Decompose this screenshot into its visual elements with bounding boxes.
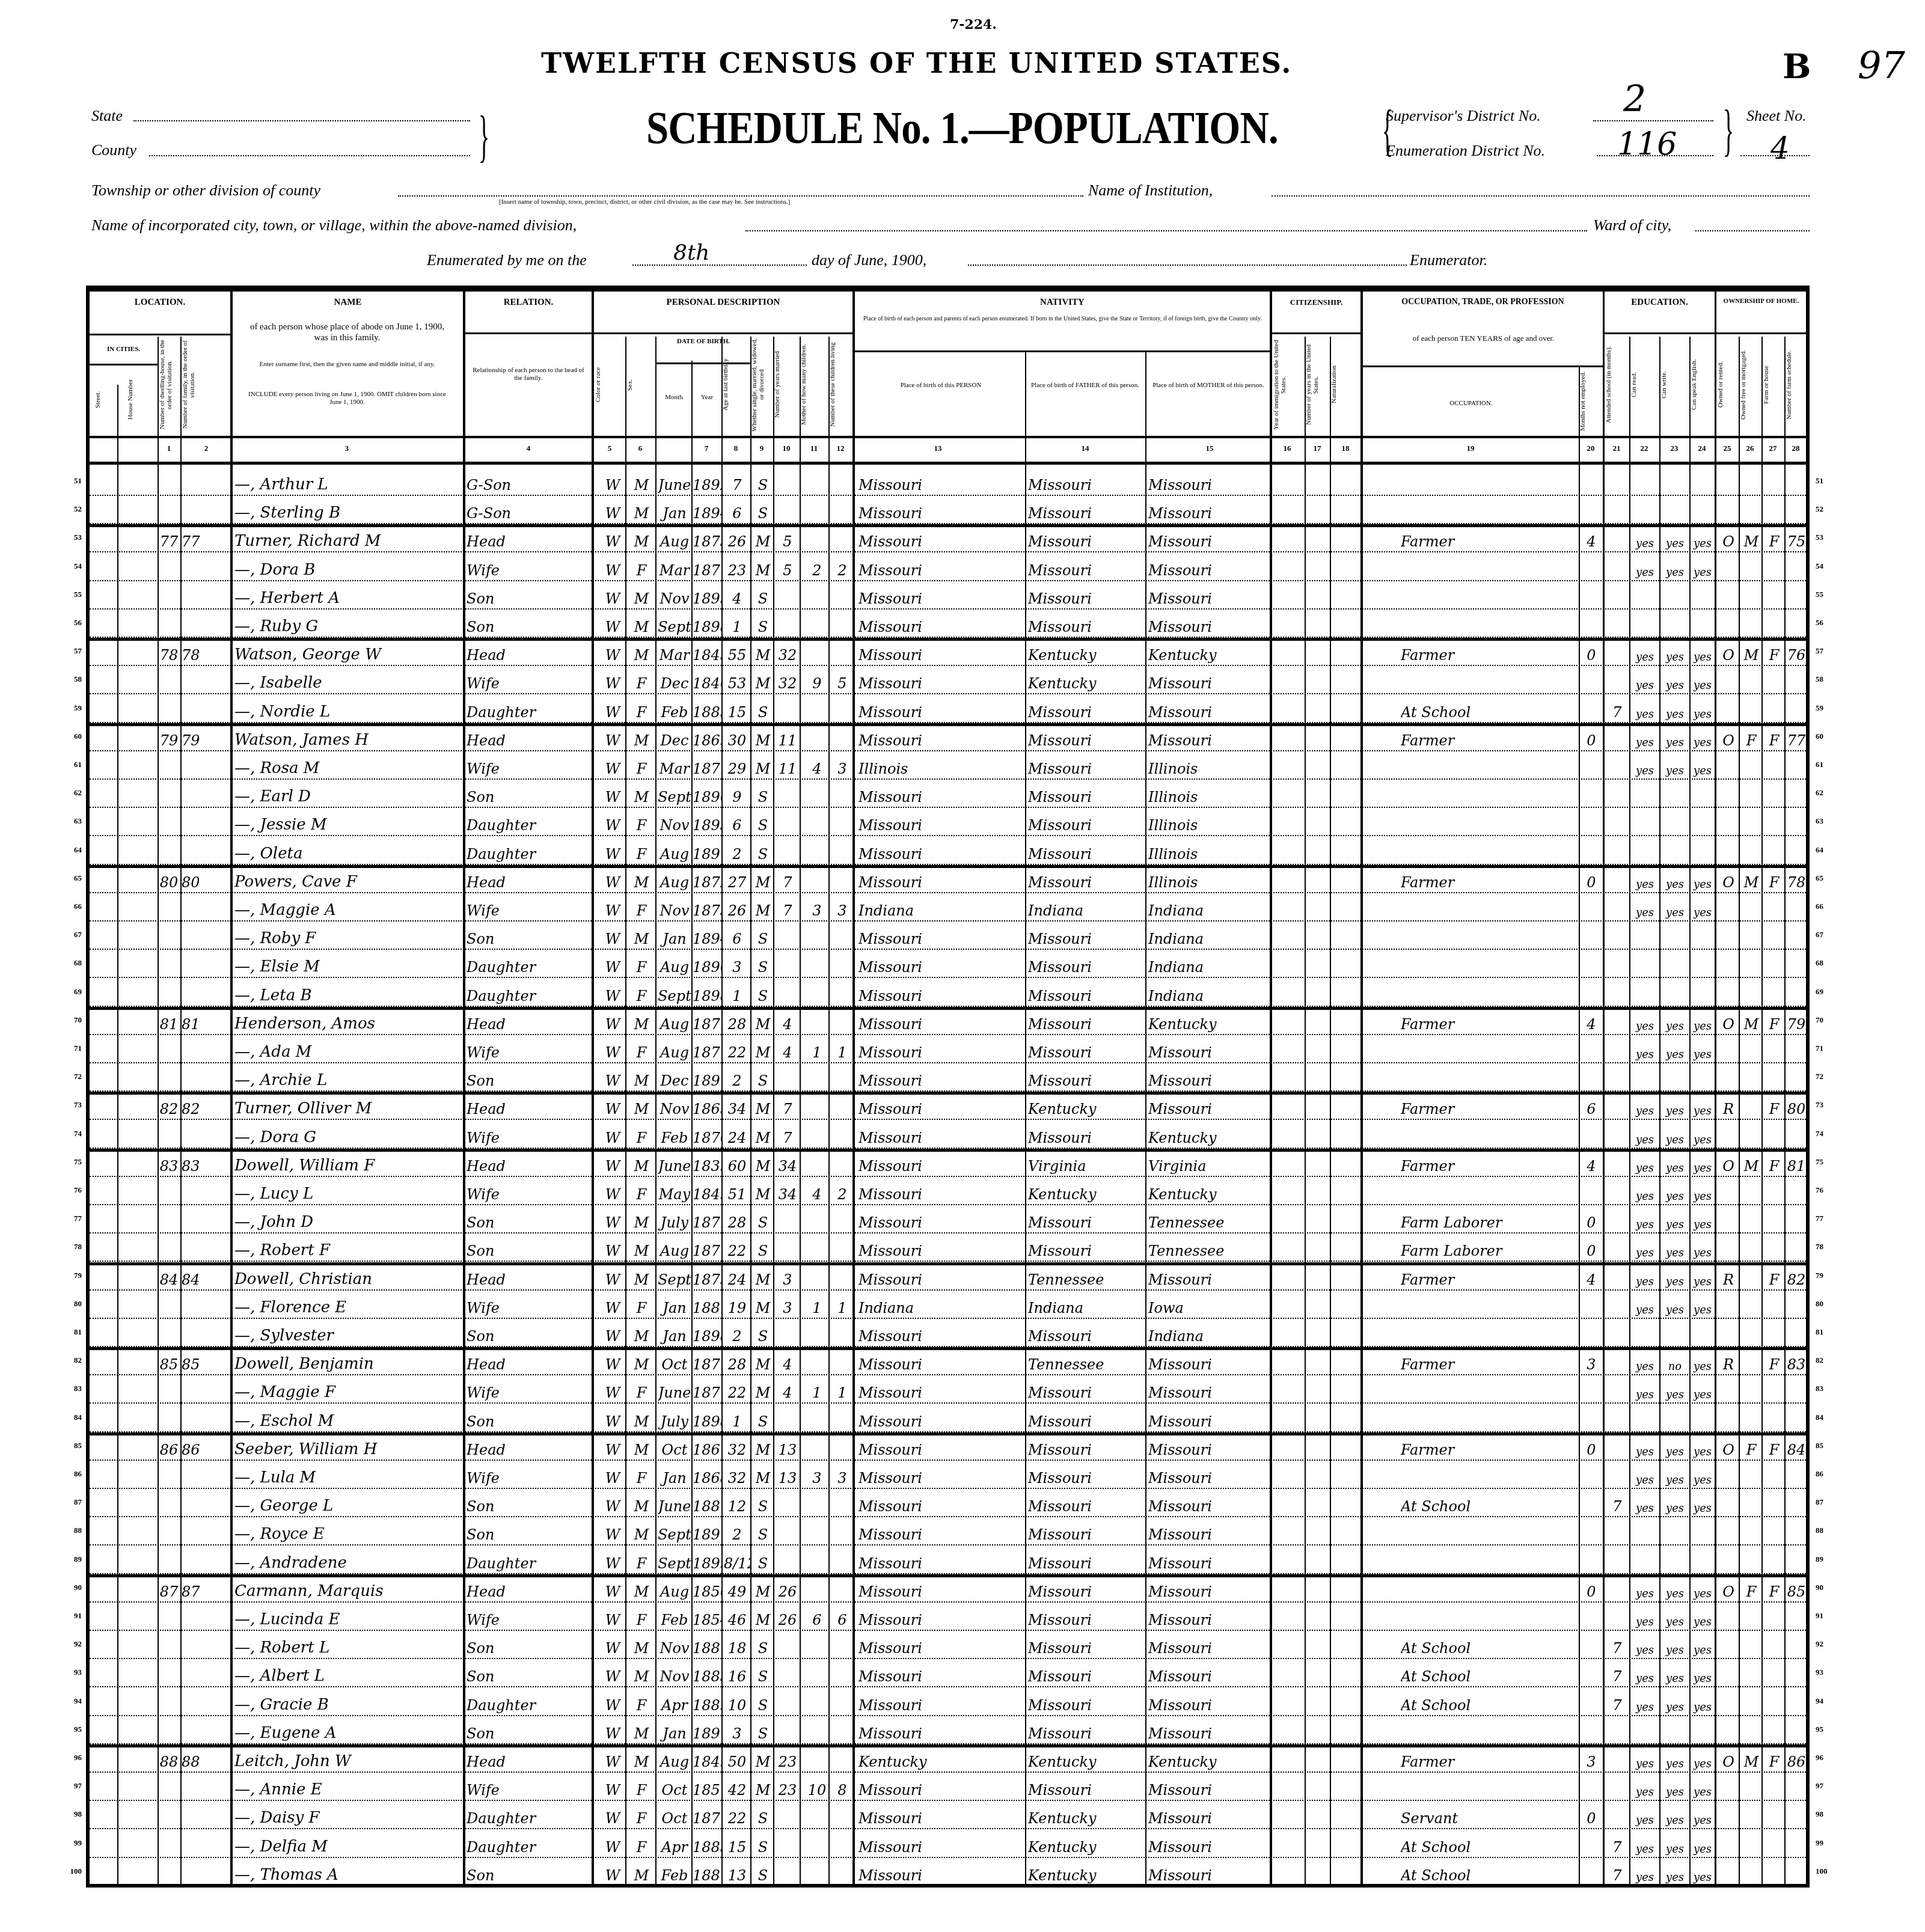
cell-years-married[interactable]: 11 (776, 760, 800, 777)
cell-marital-status[interactable]: S (753, 590, 773, 607)
cell-sex[interactable]: M (629, 1328, 654, 1345)
cell-birth-year[interactable]: 1896 (693, 959, 721, 976)
cell-birth-month[interactable]: Aug (658, 1583, 691, 1600)
cell-birth-year[interactable]: 1893 (693, 817, 721, 834)
cell-years-married[interactable]: 26 (776, 1583, 800, 1600)
cell-birthplace-mother[interactable]: Missouri (1148, 1697, 1269, 1714)
cell-birthplace-father[interactable]: Missouri (1028, 846, 1145, 863)
cell-person-name[interactable]: —, Ruby G (234, 617, 462, 635)
cell-color[interactable]: W (601, 1158, 624, 1175)
cell-birthplace-mother[interactable]: Missouri (1148, 1498, 1269, 1515)
cell-marital-status[interactable]: S (753, 789, 773, 806)
cell-birth-year[interactable]: 1897 (693, 1072, 721, 1089)
cell-can-read[interactable]: yes (1630, 1843, 1659, 1856)
cell-birth-month[interactable]: Aug (658, 1016, 691, 1033)
cell-can-speak-english[interactable]: yes (1691, 1048, 1715, 1061)
cell-attended-school[interactable]: 7 (1606, 1867, 1628, 1884)
cell-birth-year[interactable]: 1873 (693, 533, 721, 550)
cell-birthplace-father[interactable]: Missouri (1028, 704, 1145, 721)
cell-children-living[interactable]: 3 (832, 760, 852, 777)
cell-age[interactable]: 29 (724, 760, 750, 777)
cell-color[interactable]: W (601, 1583, 624, 1600)
cell-can-read[interactable]: yes (1630, 1360, 1659, 1373)
cell-mother-of[interactable]: 3 (806, 902, 828, 919)
cell-family-number[interactable]: 83 (182, 1158, 230, 1175)
cell-owned-rented[interactable]: R (1718, 1356, 1739, 1373)
cell-birthplace-mother[interactable]: Kentucky (1148, 1753, 1269, 1770)
cell-birthplace-person[interactable]: Missouri (858, 647, 1024, 664)
cell-birthplace-father[interactable]: Missouri (1028, 959, 1145, 976)
cell-color[interactable]: W (601, 1016, 624, 1033)
cell-mother-of[interactable]: 10 (806, 1782, 828, 1799)
cell-birth-year[interactable]: 1899 (693, 1555, 721, 1572)
cell-person-name[interactable]: —, Royce E (234, 1525, 462, 1543)
cell-months-unemployed[interactable]: 0 (1581, 1583, 1602, 1600)
cell-children-living[interactable]: 2 (832, 1186, 852, 1203)
cell-color[interactable]: W (601, 1782, 624, 1799)
cell-age[interactable]: 2 (724, 1328, 750, 1345)
cell-sex[interactable]: F (629, 1612, 654, 1628)
cell-birth-year[interactable]: 1877 (693, 1810, 721, 1827)
cell-color[interactable]: W (601, 1413, 624, 1430)
cell-color[interactable]: W (601, 1044, 624, 1061)
cell-birthplace-mother[interactable]: Missouri (1148, 619, 1269, 635)
cell-person-name[interactable]: Dowell, Benjamin (234, 1355, 462, 1373)
cell-birthplace-mother[interactable]: Illinois (1148, 789, 1269, 806)
cell-children-living[interactable]: 3 (832, 902, 852, 919)
cell-can-read[interactable]: yes (1630, 1474, 1659, 1487)
cell-marital-status[interactable]: M (753, 1583, 773, 1600)
cell-birth-year[interactable]: 1849 (693, 1186, 721, 1203)
cell-person-name[interactable]: Powers, Cave F (234, 873, 462, 891)
cell-birthplace-person[interactable]: Missouri (858, 988, 1024, 1004)
cell-age[interactable]: 2 (724, 1072, 750, 1089)
cell-birth-month[interactable]: Oct (658, 1810, 691, 1827)
cell-color[interactable]: W (601, 1271, 624, 1288)
cell-person-name[interactable]: Dowell, Christian (234, 1270, 462, 1288)
cell-sex[interactable]: M (629, 874, 654, 891)
cell-sex[interactable]: M (629, 477, 654, 494)
cell-sex[interactable]: M (629, 1526, 654, 1543)
cell-months-unemployed[interactable]: 3 (1581, 1356, 1602, 1373)
cell-occupation[interactable]: Farmer (1401, 1753, 1575, 1770)
cell-can-read[interactable]: yes (1630, 1502, 1659, 1515)
cell-relation[interactable]: Son (467, 1498, 590, 1515)
cell-can-write[interactable]: yes (1660, 1644, 1689, 1657)
cell-birthplace-mother[interactable]: Kentucky (1148, 647, 1269, 664)
cell-months-unemployed[interactable]: 0 (1581, 1441, 1602, 1458)
cell-occupation[interactable]: At School (1401, 1668, 1575, 1685)
cell-dwelling-number[interactable]: 85 (158, 1356, 180, 1373)
cell-farm-schedule-number[interactable]: 84 (1786, 1441, 1807, 1458)
cell-age[interactable]: 26 (724, 902, 750, 919)
cell-marital-status[interactable]: S (753, 619, 773, 635)
cell-mother-of[interactable]: 2 (806, 562, 828, 579)
cell-birthplace-person[interactable]: Missouri (858, 1243, 1024, 1259)
cell-can-write[interactable]: yes (1660, 1672, 1689, 1685)
cell-color[interactable]: W (601, 1668, 624, 1685)
cell-birthplace-mother[interactable]: Missouri (1148, 505, 1269, 522)
cell-family-number[interactable]: 87 (182, 1583, 230, 1600)
cell-age[interactable]: 60 (724, 1158, 750, 1175)
cell-years-married[interactable]: 34 (776, 1186, 800, 1203)
cell-birthplace-person[interactable]: Missouri (858, 1130, 1024, 1146)
cell-color[interactable]: W (601, 562, 624, 579)
cell-age[interactable]: 53 (724, 675, 750, 692)
cell-color[interactable]: W (601, 789, 624, 806)
cell-sex[interactable]: M (629, 1668, 654, 1685)
cell-birthplace-father[interactable]: Missouri (1028, 562, 1145, 579)
cell-person-name[interactable]: —, Elsie M (234, 958, 462, 976)
cell-can-write[interactable]: yes (1660, 1105, 1689, 1117)
cell-birthplace-person[interactable]: Missouri (858, 1526, 1024, 1543)
cell-sex[interactable]: M (629, 1441, 654, 1458)
cell-marital-status[interactable]: S (753, 1498, 773, 1515)
cell-months-unemployed[interactable]: 4 (1581, 1271, 1602, 1288)
cell-owned-free[interactable]: F (1741, 732, 1761, 749)
cell-relation[interactable]: Head (467, 1271, 590, 1288)
cell-months-unemployed[interactable]: 4 (1581, 1158, 1602, 1175)
cell-person-name[interactable]: —, Lula M (234, 1469, 462, 1487)
cell-person-name[interactable]: —, Leta B (234, 986, 462, 1004)
cell-age[interactable]: 23 (724, 562, 750, 579)
cell-relation[interactable]: Daughter (467, 1839, 590, 1856)
cell-marital-status[interactable]: M (753, 874, 773, 891)
cell-can-speak-english[interactable]: yes (1691, 566, 1715, 579)
cell-birthplace-mother[interactable]: Missouri (1148, 1782, 1269, 1799)
cell-birthplace-person[interactable]: Missouri (858, 1413, 1024, 1430)
cell-age[interactable]: 1 (724, 1413, 750, 1430)
cell-relation[interactable]: Wife (467, 760, 590, 777)
cell-occupation[interactable]: At School (1401, 1640, 1575, 1657)
cell-marital-status[interactable]: M (753, 1441, 773, 1458)
cell-birth-month[interactable]: Feb (658, 1130, 691, 1146)
cell-marital-status[interactable]: M (753, 1782, 773, 1799)
cell-can-write[interactable]: yes (1660, 566, 1689, 579)
cell-birthplace-father[interactable]: Missouri (1028, 1328, 1145, 1345)
cell-relation[interactable]: Wife (467, 675, 590, 692)
cell-occupation[interactable]: At School (1401, 1498, 1575, 1515)
cell-owned-rented[interactable]: R (1718, 1271, 1739, 1288)
cell-birthplace-person[interactable]: Missouri (858, 1725, 1024, 1742)
cell-marital-status[interactable]: S (753, 1668, 773, 1685)
cell-farm-schedule-number[interactable]: 76 (1786, 647, 1807, 664)
cell-birthplace-father[interactable]: Missouri (1028, 1555, 1145, 1572)
cell-birthplace-father[interactable]: Missouri (1028, 789, 1145, 806)
cell-farm-schedule-number[interactable]: 78 (1786, 874, 1807, 891)
cell-birthplace-mother[interactable]: Missouri (1148, 1526, 1269, 1543)
cell-can-write[interactable]: yes (1660, 906, 1689, 919)
cell-birthplace-mother[interactable]: Missouri (1148, 1839, 1269, 1856)
cell-birthplace-father[interactable]: Missouri (1028, 874, 1145, 891)
cell-can-speak-english[interactable]: yes (1691, 1588, 1715, 1600)
cell-can-write[interactable]: yes (1660, 1701, 1689, 1714)
cell-color[interactable]: W (601, 760, 624, 777)
cell-marital-status[interactable]: S (753, 505, 773, 522)
cell-years-married[interactable]: 7 (776, 902, 800, 919)
cell-birth-year[interactable]: 1897 (693, 1725, 721, 1742)
cell-farm-house[interactable]: F (1764, 1356, 1784, 1373)
cell-can-write[interactable]: yes (1660, 878, 1689, 891)
cell-marital-status[interactable]: S (753, 477, 773, 494)
cell-person-name[interactable]: —, Isabelle (234, 674, 462, 692)
cell-birthplace-father[interactable]: Kentucky (1028, 675, 1145, 692)
cell-relation[interactable]: Wife (467, 1612, 590, 1628)
cell-marital-status[interactable]: S (753, 959, 773, 976)
cell-sex[interactable]: M (629, 1640, 654, 1657)
cell-age[interactable]: 1 (724, 619, 750, 635)
cell-birthplace-father[interactable]: Missouri (1028, 1725, 1145, 1742)
cell-birth-year[interactable]: 1875 (693, 1271, 721, 1288)
cell-can-read[interactable]: yes (1630, 1190, 1659, 1203)
cell-birthplace-father[interactable]: Tennessee (1028, 1271, 1145, 1288)
cell-color[interactable]: W (601, 1300, 624, 1316)
cell-birthplace-person[interactable]: Missouri (858, 1072, 1024, 1089)
cell-can-speak-english[interactable]: yes (1691, 1247, 1715, 1259)
cell-marital-status[interactable]: M (753, 1300, 773, 1316)
cell-color[interactable]: W (601, 1810, 624, 1827)
cell-birth-month[interactable]: July (658, 1413, 691, 1430)
cell-birth-month[interactable]: June (658, 477, 691, 494)
cell-sex[interactable]: F (629, 704, 654, 721)
cell-age[interactable]: 28 (724, 1016, 750, 1033)
cell-birthplace-person[interactable]: Indiana (858, 902, 1024, 919)
cell-farm-schedule-number[interactable]: 83 (1786, 1356, 1807, 1373)
cell-years-married[interactable]: 3 (776, 1271, 800, 1288)
cell-person-name[interactable]: —, Maggie F (234, 1383, 462, 1401)
cell-birth-year[interactable]: 1887 (693, 1498, 721, 1515)
cell-birthplace-mother[interactable]: Missouri (1148, 675, 1269, 692)
cell-relation[interactable]: Son (467, 1413, 590, 1430)
cell-birth-year[interactable]: 1846 (693, 675, 721, 692)
cell-birthplace-person[interactable]: Missouri (858, 590, 1024, 607)
cell-birth-month[interactable]: Aug (658, 846, 691, 863)
cell-relation[interactable]: Daughter (467, 1697, 590, 1714)
cell-years-married[interactable]: 23 (776, 1782, 800, 1799)
cell-birthplace-person[interactable]: Missouri (858, 1697, 1024, 1714)
cell-birth-year[interactable]: 1881 (693, 1640, 721, 1657)
cell-can-write[interactable]: yes (1660, 1134, 1689, 1146)
cell-birthplace-mother[interactable]: Illinois (1148, 760, 1269, 777)
cell-can-speak-english[interactable]: yes (1691, 1446, 1715, 1458)
cell-years-married[interactable]: 13 (776, 1441, 800, 1458)
cell-birthplace-mother[interactable]: Indiana (1148, 902, 1269, 919)
cell-birthplace-father[interactable]: Missouri (1028, 1016, 1145, 1033)
cell-birthplace-father[interactable]: Kentucky (1028, 1867, 1145, 1884)
cell-marital-status[interactable]: M (753, 1044, 773, 1061)
cell-marital-status[interactable]: M (753, 1753, 773, 1770)
cell-children-living[interactable]: 1 (832, 1300, 852, 1316)
cell-age[interactable]: 24 (724, 1271, 750, 1288)
cell-birth-year[interactable]: 1871 (693, 760, 721, 777)
cell-relation[interactable]: Head (467, 874, 590, 891)
cell-age[interactable]: 22 (724, 1810, 750, 1827)
cell-birthplace-father[interactable]: Kentucky (1028, 1186, 1145, 1203)
cell-birthplace-person[interactable]: Missouri (858, 1101, 1024, 1117)
cell-birthplace-mother[interactable]: Kentucky (1148, 1186, 1269, 1203)
cell-can-read[interactable]: yes (1630, 1871, 1659, 1884)
cell-farm-schedule-number[interactable]: 79 (1786, 1016, 1807, 1033)
cell-attended-school[interactable]: 7 (1606, 1668, 1628, 1685)
state-field[interactable] (133, 120, 470, 121)
cell-person-name[interactable]: —, Albert L (234, 1667, 462, 1685)
cell-can-write[interactable]: yes (1660, 1190, 1689, 1203)
cell-marital-status[interactable]: M (753, 1130, 773, 1146)
cell-age[interactable]: 46 (724, 1612, 750, 1628)
cell-owned-free[interactable]: F (1741, 1441, 1761, 1458)
cell-relation[interactable]: Son (467, 1214, 590, 1231)
cell-birth-year[interactable]: 1894 (693, 505, 721, 522)
cell-birth-month[interactable]: Feb (658, 1612, 691, 1628)
cell-sex[interactable]: F (629, 1130, 654, 1146)
cell-can-write[interactable]: yes (1660, 765, 1689, 777)
cell-birthplace-father[interactable]: Kentucky (1028, 1839, 1145, 1856)
cell-birthplace-mother[interactable]: Tennessee (1148, 1214, 1269, 1231)
cell-birthplace-father[interactable]: Missouri (1028, 590, 1145, 607)
cell-can-write[interactable]: yes (1660, 679, 1689, 692)
cell-birth-year[interactable]: 1849 (693, 1753, 721, 1770)
cell-color[interactable]: W (601, 1640, 624, 1657)
cell-birthplace-mother[interactable]: Missouri (1148, 1384, 1269, 1401)
cell-relation[interactable]: Head (467, 533, 590, 550)
cell-color[interactable]: W (601, 1725, 624, 1742)
cell-birthplace-person[interactable]: Missouri (858, 931, 1024, 947)
cell-person-name[interactable]: —, Archie L (234, 1071, 462, 1089)
cell-can-speak-english[interactable]: yes (1691, 1162, 1715, 1175)
cell-birthplace-mother[interactable]: Missouri (1148, 1640, 1269, 1657)
cell-relation[interactable]: Head (467, 1583, 590, 1600)
cell-marital-status[interactable]: M (753, 902, 773, 919)
cell-can-read[interactable]: yes (1630, 1814, 1659, 1827)
cell-age[interactable]: 18 (724, 1640, 750, 1657)
cell-owned-rented[interactable]: R (1718, 1101, 1739, 1117)
cell-family-number[interactable]: 80 (182, 874, 230, 891)
cell-color[interactable]: W (601, 505, 624, 522)
cell-sex[interactable]: M (629, 732, 654, 749)
cell-birthplace-father[interactable]: Missouri (1028, 1782, 1145, 1799)
cell-color[interactable]: W (601, 1867, 624, 1884)
cell-occupation[interactable]: Farmer (1401, 647, 1575, 664)
cell-relation[interactable]: Head (467, 732, 590, 749)
cell-years-married[interactable]: 23 (776, 1753, 800, 1770)
cell-birth-month[interactable]: Dec (658, 732, 691, 749)
cell-farm-schedule-number[interactable]: 86 (1786, 1753, 1807, 1770)
cell-birthplace-person[interactable]: Missouri (858, 704, 1024, 721)
cell-birthplace-father[interactable]: Indiana (1028, 902, 1145, 919)
cell-person-name[interactable]: —, Eugene A (234, 1724, 462, 1742)
cell-sex[interactable]: M (629, 931, 654, 947)
cell-birth-month[interactable]: Nov (658, 590, 691, 607)
cell-person-name[interactable]: —, Robert L (234, 1639, 462, 1657)
cell-birth-year[interactable]: 1877 (693, 1044, 721, 1061)
cell-birth-year[interactable]: 1876 (693, 1130, 721, 1146)
cell-owned-free[interactable]: M (1741, 874, 1761, 891)
cell-birthplace-mother[interactable]: Missouri (1148, 1072, 1269, 1089)
cell-relation[interactable]: Wife (467, 1186, 590, 1203)
cell-marital-status[interactable]: S (753, 1214, 773, 1231)
cell-occupation[interactable]: Farm Laborer (1401, 1214, 1575, 1231)
cell-birth-year[interactable]: 1871 (693, 1214, 721, 1231)
cell-birth-year[interactable]: 1898 (693, 988, 721, 1004)
cell-birthplace-father[interactable]: Missouri (1028, 1526, 1145, 1543)
cell-birthplace-person[interactable]: Missouri (858, 1498, 1024, 1515)
cell-color[interactable]: W (601, 988, 624, 1004)
cell-relation[interactable]: Son (467, 789, 590, 806)
cell-years-married[interactable]: 4 (776, 1044, 800, 1061)
cell-color[interactable]: W (601, 1470, 624, 1487)
cell-sex[interactable]: F (629, 959, 654, 976)
cell-birthplace-mother[interactable]: Missouri (1148, 1101, 1269, 1117)
cell-can-write[interactable]: yes (1660, 1276, 1689, 1288)
cell-birth-year[interactable]: 1871 (693, 1356, 721, 1373)
cell-relation[interactable]: Son (467, 1328, 590, 1345)
cell-marital-status[interactable]: M (753, 562, 773, 579)
cell-birth-year[interactable]: 1865 (693, 1101, 721, 1117)
cell-birthplace-mother[interactable]: Illinois (1148, 817, 1269, 834)
cell-color[interactable]: W (601, 647, 624, 664)
cell-person-name[interactable]: —, Eschol M (234, 1412, 462, 1430)
cell-dwelling-number[interactable]: 78 (158, 647, 180, 664)
cell-relation[interactable]: Son (467, 1243, 590, 1259)
cell-relation[interactable]: Wife (467, 1384, 590, 1401)
cell-can-read[interactable]: yes (1630, 1247, 1659, 1259)
cell-age[interactable]: 4 (724, 590, 750, 607)
cell-birth-month[interactable]: Nov (658, 1668, 691, 1685)
cell-birth-month[interactable]: Nov (658, 817, 691, 834)
cell-birth-month[interactable]: Aug (658, 533, 691, 550)
cell-relation[interactable]: Son (467, 1640, 590, 1657)
cell-can-write[interactable]: yes (1660, 1843, 1689, 1856)
cell-birthplace-person[interactable]: Missouri (858, 675, 1024, 692)
cell-can-speak-english[interactable]: yes (1691, 1389, 1715, 1401)
cell-relation[interactable]: Wife (467, 1044, 590, 1061)
cell-occupation[interactable]: Farmer (1401, 874, 1575, 891)
cell-sex[interactable]: F (629, 988, 654, 1004)
cell-birth-year[interactable]: 1898 (693, 1328, 721, 1345)
cell-attended-school[interactable]: 7 (1606, 704, 1628, 721)
cell-sex[interactable]: F (629, 1555, 654, 1572)
cell-occupation[interactable]: At School (1401, 1697, 1575, 1714)
cell-marital-status[interactable]: S (753, 1413, 773, 1430)
cell-can-speak-english[interactable]: yes (1691, 906, 1715, 919)
cell-color[interactable]: W (601, 1072, 624, 1089)
cell-family-number[interactable]: 79 (182, 732, 230, 749)
cell-months-unemployed[interactable]: 0 (1581, 1214, 1602, 1231)
cell-sex[interactable]: F (629, 1697, 654, 1714)
cell-person-name[interactable]: —, Dora B (234, 561, 462, 579)
cell-birth-month[interactable]: July (658, 1214, 691, 1231)
cell-color[interactable]: W (601, 1697, 624, 1714)
cell-birth-year[interactable]: 1890 (693, 789, 721, 806)
cell-sex[interactable]: F (629, 1300, 654, 1316)
cell-sex[interactable]: M (629, 1498, 654, 1515)
cell-birthplace-father[interactable]: Indiana (1028, 1300, 1145, 1316)
cell-age[interactable]: 22 (724, 1044, 750, 1061)
cell-marital-status[interactable]: S (753, 846, 773, 863)
cell-sex[interactable]: F (629, 1470, 654, 1487)
cell-birthplace-father[interactable]: Missouri (1028, 760, 1145, 777)
cell-birth-month[interactable]: Dec (658, 1072, 691, 1089)
cell-person-name[interactable]: —, Lucy L (234, 1185, 462, 1203)
cell-family-number[interactable]: 77 (182, 533, 230, 550)
enumerator-field[interactable] (968, 264, 1407, 266)
cell-children-living[interactable]: 8 (832, 1782, 852, 1799)
cell-color[interactable]: W (601, 1498, 624, 1515)
cell-birthplace-father[interactable]: Missouri (1028, 1583, 1145, 1600)
cell-birthplace-person[interactable]: Missouri (858, 1555, 1024, 1572)
cell-mother-of[interactable]: 9 (806, 675, 828, 692)
cell-can-read[interactable]: yes (1630, 1389, 1659, 1401)
